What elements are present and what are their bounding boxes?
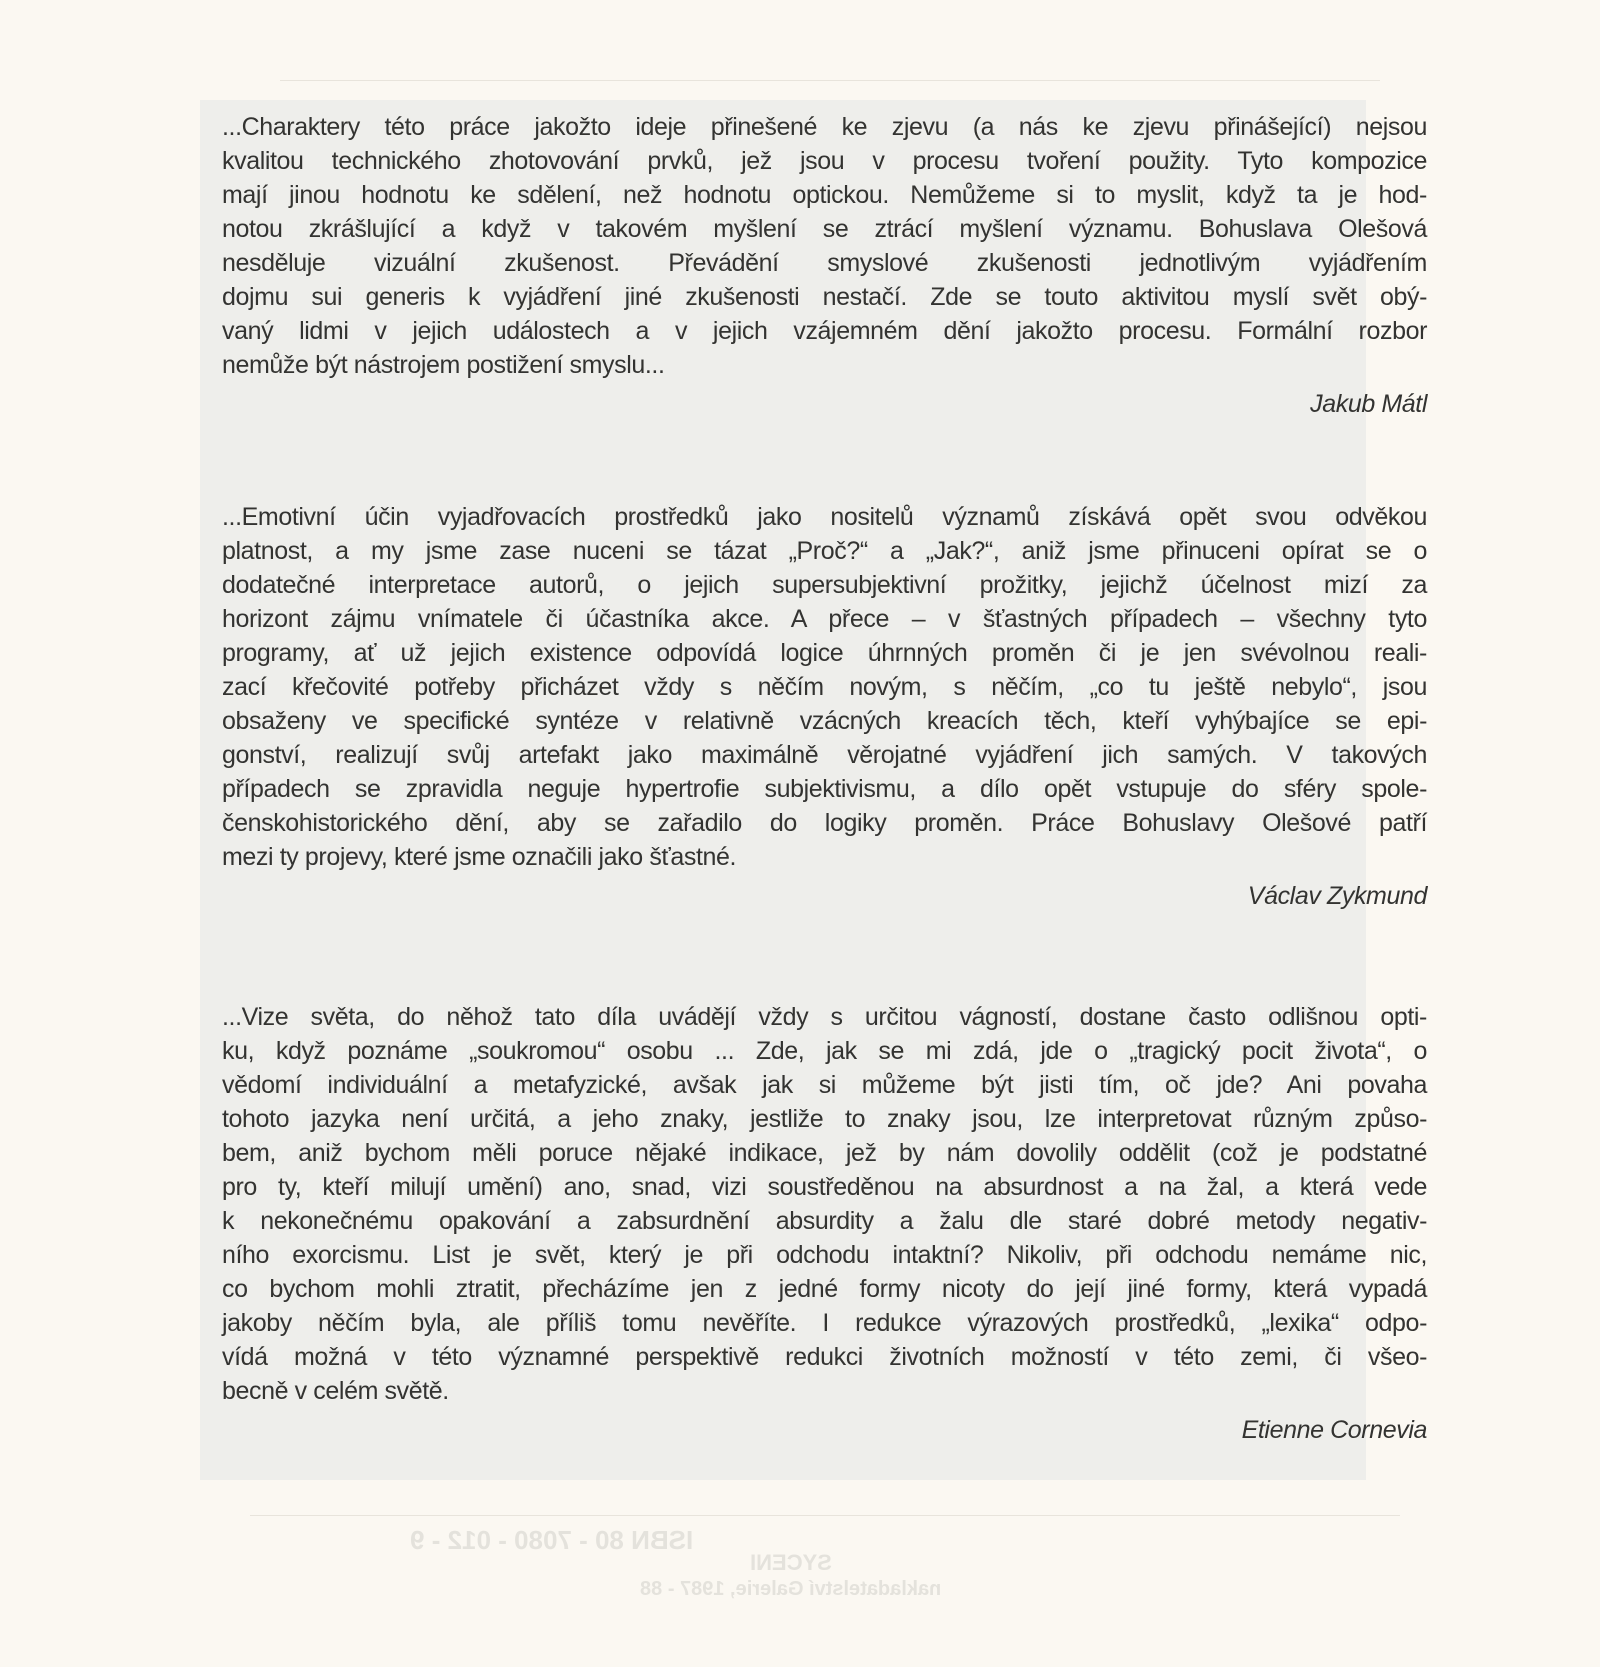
quote-author: Etienne Cornevia xyxy=(222,1412,1427,1448)
text-line: ...Vize světa, do něhož tato díla uváděj… xyxy=(222,1000,1427,1034)
show-through-title: SYCENI xyxy=(750,1550,832,1576)
text-line: ...Charaktery této práce jakožto ideje p… xyxy=(222,110,1427,144)
text-line: k nekonečnému opakování a zabsurdnění ab… xyxy=(222,1204,1427,1238)
spacer xyxy=(222,914,1427,1000)
text-line: becně v celém světě. xyxy=(222,1374,1427,1408)
quote-cornevia: ...Vize světa, do něhož tato díla uváděj… xyxy=(222,1000,1427,1448)
text-line: obsaženy ve specifické syntéze v relativ… xyxy=(222,704,1427,738)
text-line: vědomí individuální a metafyzické, avšak… xyxy=(222,1068,1427,1102)
text-line: programy, ať už jejich existence odpovíd… xyxy=(222,636,1427,670)
text-line: notou zkrášlující a když v takovém myšle… xyxy=(222,212,1427,246)
text-line: co bychom mohli ztratit, přecházíme jen … xyxy=(222,1272,1427,1306)
text-line: mají jinou hodnotu ke sdělení, než hodno… xyxy=(222,178,1427,212)
quote-zykmund: ...Emotivní účin vyjadřovacích prostředk… xyxy=(222,500,1427,914)
text-line: případech se zpravidla neguje hypertrofi… xyxy=(222,772,1427,806)
text-line: zací křečovité potřeby přicházet vždy s … xyxy=(222,670,1427,704)
faint-page-rule-bottom xyxy=(250,1515,1400,1516)
text-line: ...Emotivní účin vyjadřovacích prostředk… xyxy=(222,500,1427,534)
text-line: bem, aniž bychom měli poruce nějaké indi… xyxy=(222,1136,1427,1170)
text-line: jakoby něčím byla, ale příliš tomu nevěř… xyxy=(222,1306,1427,1340)
text-line: horizont zájmu vnímatele či účastníka ak… xyxy=(222,602,1427,636)
spacer xyxy=(222,422,1427,500)
text-line: pro ty, kteří milují umění) ano, snad, v… xyxy=(222,1170,1427,1204)
quote-matl: ...Charaktery této práce jakožto ideje p… xyxy=(222,110,1427,422)
text-line: vídá možná v této významné perspektivě r… xyxy=(222,1340,1427,1374)
text-line: vaný lidmi v jejich událostech a v jejic… xyxy=(222,314,1427,348)
text-line: ku, když poznáme „soukromou“ osobu ... Z… xyxy=(222,1034,1427,1068)
text-line: kvalitou technického zhotovování prvků, … xyxy=(222,144,1427,178)
text-line: platnost, a my jsme zase nuceni se tázat… xyxy=(222,534,1427,568)
text-line: gonství, realizují svůj artefakt jako ma… xyxy=(222,738,1427,772)
show-through-isbn: ISBN 80 - 7080 - 012 - 9 xyxy=(410,1525,693,1556)
faint-page-rule xyxy=(280,80,1380,81)
text-line: ního exorcismu. List je svět, který je p… xyxy=(222,1238,1427,1272)
quote-author: Václav Zykmund xyxy=(222,878,1427,914)
text-line: nesděluje vizuální zkušenost. Převádění … xyxy=(222,246,1427,280)
text-line: čenskohistorického dění, aby se zařadilo… xyxy=(222,806,1427,840)
page-text: ...Charaktery této práce jakožto ideje p… xyxy=(222,110,1427,1448)
show-through-subtitle: nakladatelství Galerie, 1987 - 88 xyxy=(640,1578,941,1601)
text-line: tohoto jazyka není určitá, a jeho znaky,… xyxy=(222,1102,1427,1136)
text-line: mezi ty projevy, které jsme označili jak… xyxy=(222,840,1427,874)
quote-author: Jakub Mátl xyxy=(222,386,1427,422)
text-line: dojmu sui generis k vyjádření jiné zkuše… xyxy=(222,280,1427,314)
text-line: dodatečné interpretace autorů, o jejich … xyxy=(222,568,1427,602)
text-line: nemůže být nástrojem postižení smyslu... xyxy=(222,348,1427,382)
